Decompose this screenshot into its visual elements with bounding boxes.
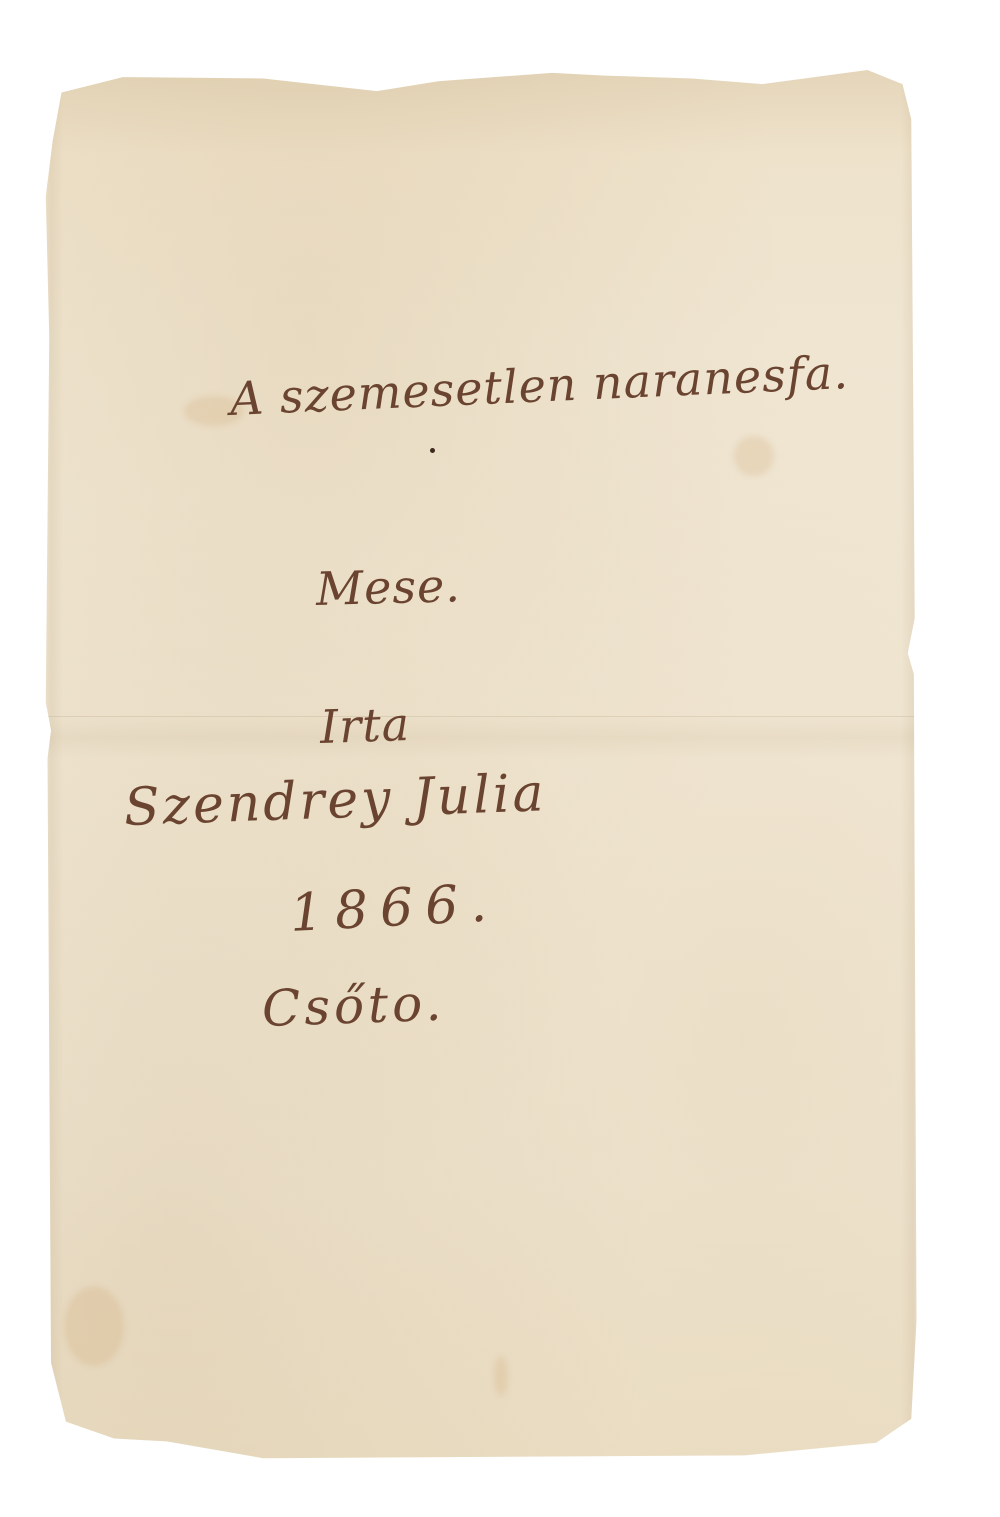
paper-stain	[734, 436, 774, 476]
paper-stain	[494, 1356, 508, 1396]
manuscript-place: Csőto.	[261, 974, 446, 1038]
byline-label: Irta	[319, 697, 411, 754]
paper-fold-line	[44, 716, 920, 717]
manuscript-year: 1866.	[288, 873, 500, 944]
manuscript-page	[44, 56, 920, 1461]
ink-dot	[430, 448, 435, 453]
paper-stain	[64, 1286, 124, 1366]
manuscript-genre: Mese.	[315, 558, 461, 616]
